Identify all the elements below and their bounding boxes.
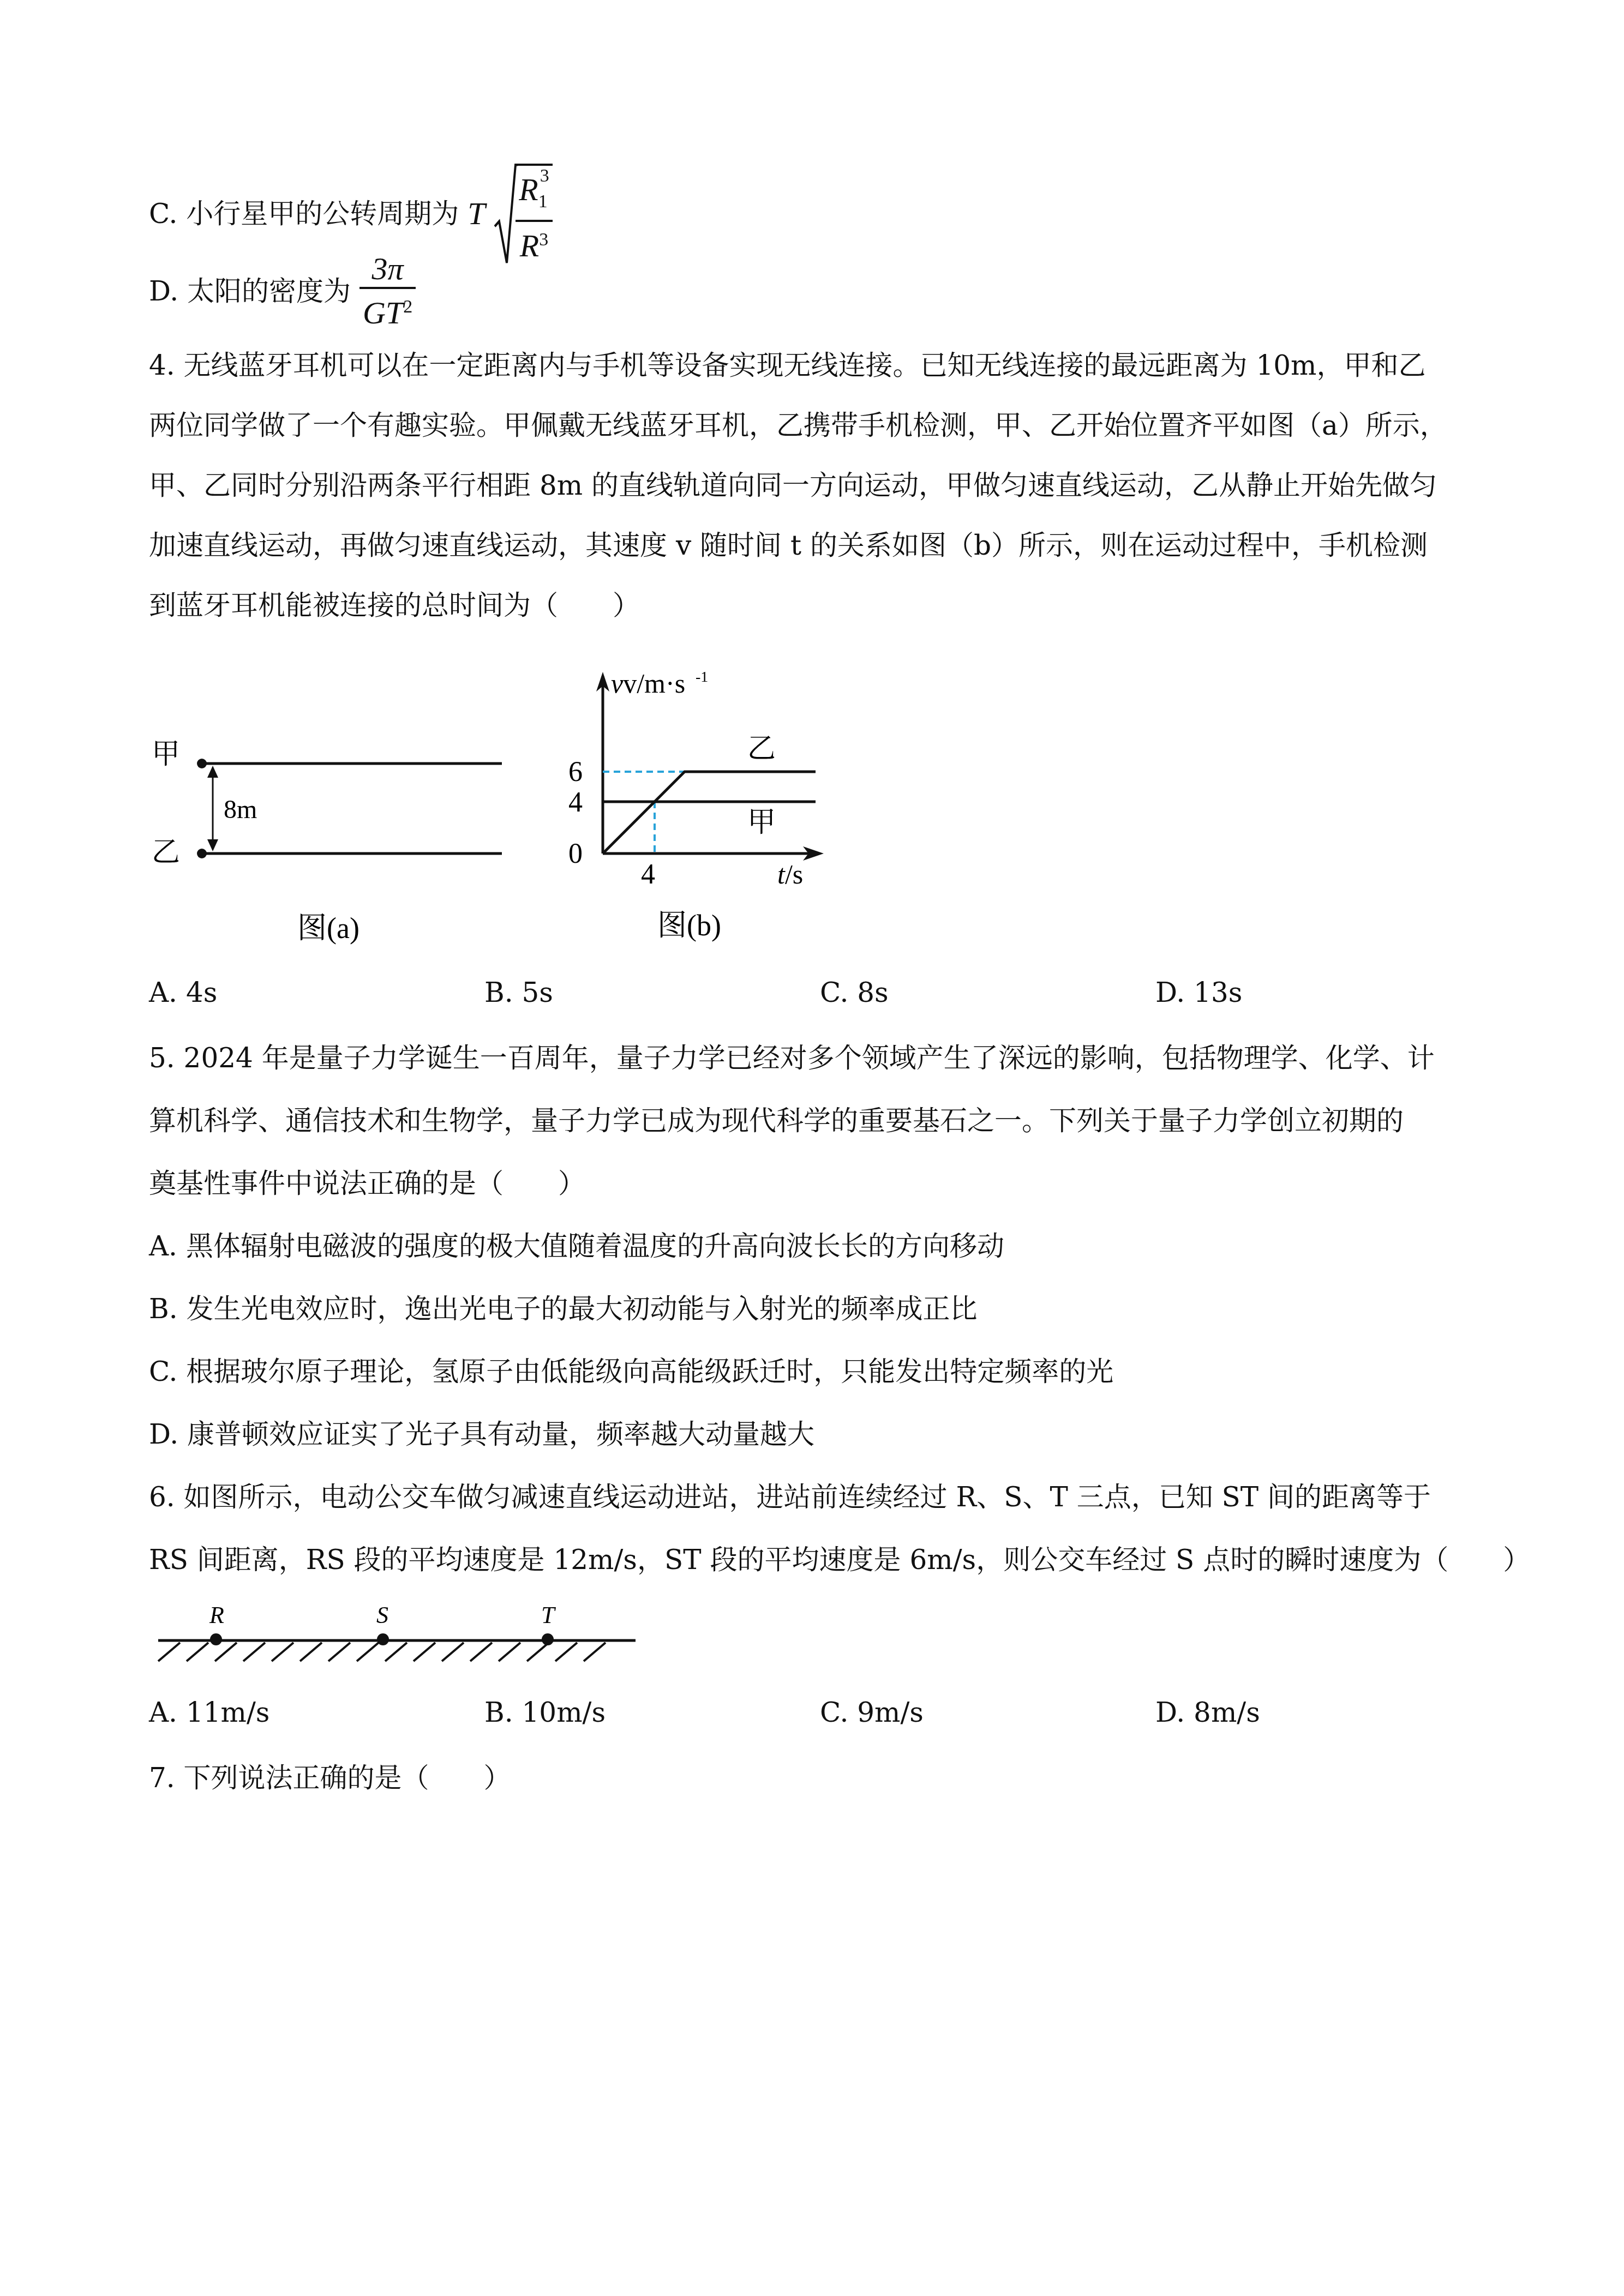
arrow-up-icon xyxy=(207,766,218,778)
q5-line-2: 算机科学、通信技术和生物学，量子力学已成为现代科学的重要基石之一。下列关于量子力… xyxy=(149,1104,1404,1137)
q5-option-d[interactable]: D. 康普顿效应证实了光子具有动量，频率越大动量越大 xyxy=(149,1418,814,1451)
tick-y-0: 0 xyxy=(568,838,583,869)
q4-line-5: 到蓝牙耳机能被连接的总时间为（ ） xyxy=(149,589,640,622)
distance-label: 8m xyxy=(224,795,257,824)
ground-hatching xyxy=(158,1643,606,1661)
point-s-dot xyxy=(377,1633,389,1645)
q6-line-1: 6. 如图所示，电动公交车做匀减速直线运动进站，进站前连续经过 R、S、T 三点… xyxy=(149,1481,1431,1513)
figure-a-tracks: 甲 乙 8m 图(a) xyxy=(142,720,524,949)
q3-option-c: C. 小行星甲的公转周期为 T R13 R3 xyxy=(149,164,553,264)
q3-option-d-text: D. 太阳的密度为 xyxy=(149,275,351,307)
q4-option-b[interactable]: B. 5s xyxy=(484,976,553,1009)
q4-line-1: 4. 无线蓝牙耳机可以在一定距离内与手机等设备实现无线连接。已知无线连接的最远距… xyxy=(149,349,1426,382)
point-t-label: T xyxy=(541,1602,556,1628)
q6-option-a[interactable]: A. 11m/s xyxy=(149,1696,269,1729)
q3-option-d: D. 太阳的密度为 3π GT2 xyxy=(149,251,416,331)
density-formula: 3π GT2 xyxy=(359,251,416,331)
series-yi-line xyxy=(603,772,816,854)
point-r-dot xyxy=(210,1633,222,1645)
point-t-dot xyxy=(542,1633,554,1645)
q3-option-c-text: C. 小行星甲的公转周期为 xyxy=(149,198,459,230)
figure-b-vt-chart: vv/m·s -1 t/s 0 4 6 4 乙 甲 图(b) xyxy=(551,665,856,949)
q4-option-a[interactable]: A. 4s xyxy=(149,976,217,1009)
point-r-label: R xyxy=(209,1602,224,1628)
q5-line-1: 5. 2024 年是量子力学诞生一百周年，量子力学已经对多个领域产生了深远的影响… xyxy=(149,1042,1435,1074)
q5-option-b[interactable]: B. 发生光电效应时，逸出光电子的最大初动能与入射光的频率成正比 xyxy=(149,1293,978,1325)
figure-a-label-yi: 乙 xyxy=(152,837,180,868)
q5-option-a[interactable]: A. 黑体辐射电磁波的强度的极大值随着温度的升高向波长长的方向移动 xyxy=(149,1230,1004,1263)
series-jia-label: 甲 xyxy=(747,807,776,838)
tick-y-4: 4 xyxy=(568,787,583,818)
point-s-label: S xyxy=(376,1602,388,1628)
q5-option-c[interactable]: C. 根据玻尔原子理论，氢原子由低能级向高能级跃迁时，只能发出特定频率的光 xyxy=(149,1355,1113,1388)
y-axis-exponent: -1 xyxy=(696,669,708,686)
q4-line-3: 甲、乙同时分别沿两条平行相距 8m 的直线轨道向同一方向运动，甲做匀速直线运动，… xyxy=(149,469,1437,502)
radical-sign-icon xyxy=(494,164,518,264)
x-axis-label: t/s xyxy=(777,859,803,889)
series-yi-label: 乙 xyxy=(747,734,776,765)
formula-t: T xyxy=(468,196,485,231)
q4-line-4: 加速直线运动，再做匀速直线运动，其速度 v 随时间 t 的关系如图（b）所示，则… xyxy=(149,529,1428,562)
sqrt-radical: R13 R3 xyxy=(494,164,552,264)
q4-option-d[interactable]: D. 13s xyxy=(1155,976,1242,1009)
q4-line-2: 两位同学做了一个有趣实验。甲佩戴无线蓝牙耳机，乙携带手机检测，甲、乙开始位置齐平… xyxy=(149,409,1447,442)
q6-option-b[interactable]: B. 10m/s xyxy=(484,1696,606,1729)
y-axis-label: vv/m·s xyxy=(611,668,685,699)
figure-a-label-jia: 甲 xyxy=(152,739,180,770)
q5-line-3: 奠基性事件中说法正确的是（ ） xyxy=(149,1167,585,1200)
q6-line-2: RS 间距离，RS 段的平均速度是 12m/s，ST 段的平均速度是 6m/s，… xyxy=(149,1543,1530,1576)
q7-line-1: 7. 下列说法正确的是（ ） xyxy=(149,1762,511,1794)
tick-y-6: 6 xyxy=(568,756,583,788)
q6-option-c[interactable]: C. 9m/s xyxy=(820,1696,924,1729)
arrow-down-icon xyxy=(207,839,218,851)
tick-x-4: 4 xyxy=(641,859,655,890)
figure-b-caption: 图(b) xyxy=(657,909,721,942)
q6-option-d[interactable]: D. 8m/s xyxy=(1155,1696,1260,1729)
figure-a-caption: 图(a) xyxy=(297,912,359,945)
q4-option-c[interactable]: C. 8s xyxy=(820,976,889,1009)
q6-road-figure: R S T xyxy=(142,1592,644,1680)
